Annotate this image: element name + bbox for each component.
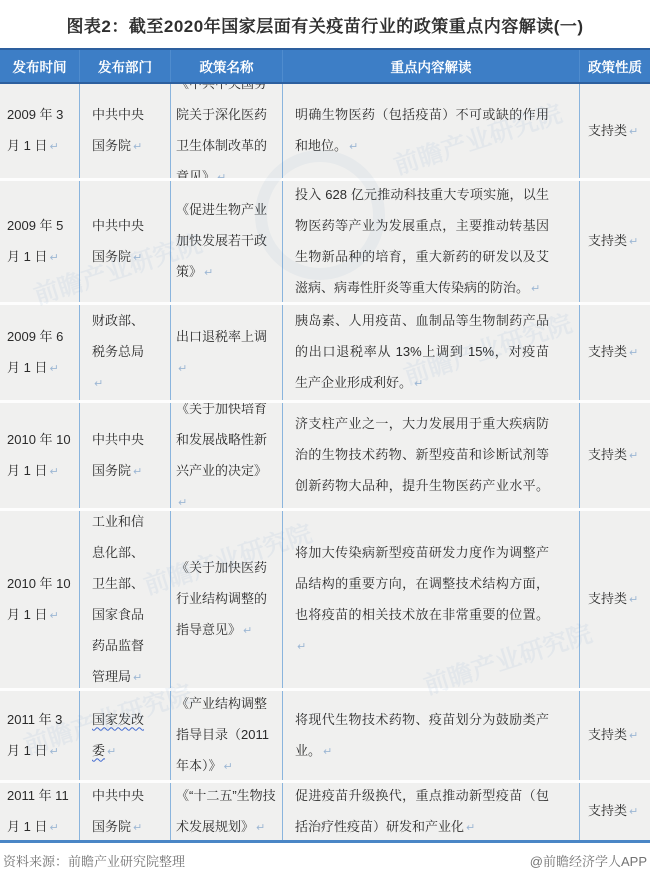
key-content-text: 将生物产业列为七大新兴战略产业和国民经济支柱产业之一，大力发展用于重大疾病防治的… <box>295 403 549 493</box>
policy-name-text: 出口退税率上调 <box>176 329 267 344</box>
cell-key-content: 将现代生物技术药物、疫苗划分为鼓励类产业。↵ <box>283 691 580 780</box>
cell-policy-nature: 支持类↵ <box>580 783 650 840</box>
cell-department: 中共中央国务院↵ <box>80 181 171 302</box>
pilcrow-mark: ↵ <box>217 172 226 178</box>
cell-policy-nature: 支持类↵ <box>580 691 650 780</box>
table-row: 2011 年 11 月 1 日↵ 中共中央国务院↵ 《“十二五”生物技术发展规划… <box>0 780 650 840</box>
column-header-key-content: 重点内容解读 <box>283 50 580 82</box>
policy-nature-text: 支持类 <box>588 344 627 359</box>
pilcrow-mark: ↵ <box>531 283 540 295</box>
cell-department: 中共中央国务院↵ <box>80 84 171 178</box>
policy-name-text: 《促进生物产业加快发展若干政策》 <box>176 202 267 279</box>
cell-policy-name: 《关于加快医药行业结构调整的指导意见》↵ <box>171 511 283 688</box>
pilcrow-mark: ↵ <box>297 641 306 653</box>
pilcrow-mark: ↵ <box>629 806 638 818</box>
policy-name-text: 《关于加快培育和发展战略性新兴产业的决定》 <box>176 403 267 478</box>
pilcrow-mark: ↵ <box>466 822 475 834</box>
table-row: 2009 年 6 月 1 日↵ 财政部、税务总局↵ 出口退税率上调↵ 胰岛素、人… <box>0 302 650 400</box>
key-content-text: 将加大传染病新型疫苗研发力度作为调整产品结构的重要方向，在调整技术结构方面，也将… <box>295 545 549 622</box>
column-header-policy-name: 政策名称 <box>171 50 283 82</box>
cell-policy-name: 《促进生物产业加快发展若干政策》↵ <box>171 181 283 302</box>
pilcrow-mark: ↵ <box>629 236 638 248</box>
cell-department: 工业和信息化部、卫生部、国家食品药品监督管理局↵ <box>80 511 171 688</box>
table-header-row: 发布时间 发布部门 政策名称 重点内容解读 政策性质 <box>0 48 650 84</box>
cell-department: 国家发改委↵ <box>80 691 171 780</box>
cell-publish-date: 2009 年 5 月 1 日↵ <box>0 181 80 302</box>
pilcrow-mark: ↵ <box>204 267 213 279</box>
pilcrow-mark: ↵ <box>629 730 638 742</box>
policy-nature-text: 支持类 <box>588 727 627 742</box>
policy-nature-text: 支持类 <box>588 123 627 138</box>
column-header-department: 发布部门 <box>80 50 171 82</box>
department-text: 财政部、税务总局 <box>92 313 144 359</box>
policy-name-text: 《关于加快医药行业结构调整的指导意见》 <box>176 560 267 637</box>
department-text: 国家发改委 <box>92 712 144 758</box>
table-row: 2009 年 3 月 1 日↵ 中共中央国务院↵ 《中共中央国务院关于深化医药卫… <box>0 84 650 178</box>
cell-publish-date: 2010 年 10 月 1 日↵ <box>0 511 80 688</box>
table-row: 2009 年 5 月 1 日↵ 中共中央国务院↵ 《促进生物产业加快发展若干政策… <box>0 178 650 302</box>
footer: 资料来源：前瞻产业研究院整理 @前瞻经济学人APP <box>0 843 650 870</box>
date-text: 2010 年 10 月 1 日 <box>7 432 71 478</box>
cell-department: 中共中央国务院↵ <box>80 783 171 840</box>
cell-key-content: 胰岛素、人用疫苗、血制品等生物制药产品的出口退税率从 13%上调到 15%，对疫… <box>283 305 580 400</box>
policy-nature-text: 支持类 <box>588 591 627 606</box>
pilcrow-mark: ↵ <box>49 141 58 153</box>
pilcrow-mark: ↵ <box>133 252 142 264</box>
policy-nature-text: 支持类 <box>588 447 627 462</box>
key-content-text: 将现代生物技术药物、疫苗划分为鼓励类产业。 <box>295 712 549 758</box>
key-content-text: 促进疫苗升级换代，重点推动新型疫苗（包括治疗性疫苗）研发和产业化 <box>295 788 549 834</box>
cell-publish-date: 2009 年 3 月 1 日↵ <box>0 84 80 178</box>
pilcrow-mark: ↵ <box>629 594 638 606</box>
pilcrow-mark: ↵ <box>49 466 58 478</box>
pilcrow-mark: ↵ <box>49 822 58 834</box>
app-credit: @前瞻经济学人APP <box>530 851 647 870</box>
title-bar: 图表2：截至2020年国家层面有关疫苗行业的政策重点内容解读(一) <box>0 0 650 48</box>
pilcrow-mark: ↵ <box>629 450 638 462</box>
pilcrow-mark: ↵ <box>133 466 142 478</box>
department-text: 工业和信息化部、卫生部、国家食品药品监督管理局 <box>92 514 144 684</box>
cell-policy-nature: 支持类↵ <box>580 511 650 688</box>
cell-policy-name: 《“十二五”生物技术发展规划》↵ <box>171 783 283 840</box>
cell-key-content: 投入 628 亿元推动科技重大专项实施，以生物医药等产业为发展重点，主要推动转基… <box>283 181 580 302</box>
cell-policy-nature: 支持类↵ <box>580 181 650 302</box>
cell-policy-name: 《产业结构调整指导目录（2011 年本）》↵ <box>171 691 283 780</box>
policy-nature-text: 支持类 <box>588 803 627 818</box>
cell-publish-date: 2011 年 3 月 1 日↵ <box>0 691 80 780</box>
figure-page: 前瞻产业研究院 前瞻产业研究院 前瞻产业研究院 前瞻产业研究院 前瞻产业研究院 … <box>0 0 650 876</box>
cell-key-content: 明确生物医药（包括疫苗）不可或缺的作用和地位。↵ <box>283 84 580 178</box>
cell-policy-name: 《关于加快培育和发展战略性新兴产业的决定》↵ <box>171 403 283 508</box>
pilcrow-mark: ↵ <box>133 141 142 153</box>
column-header-policy-nature: 政策性质 <box>580 50 650 82</box>
table-row: 2010 年 10 月 1 日↵ 中共中央国务院↵ 《关于加快培育和发展战略性新… <box>0 400 650 508</box>
key-content-text: 明确生物医药（包括疫苗）不可或缺的作用和地位。 <box>295 107 549 153</box>
pilcrow-mark: ↵ <box>94 378 103 390</box>
pilcrow-mark: ↵ <box>178 497 187 509</box>
pilcrow-mark: ↵ <box>629 126 638 138</box>
pilcrow-mark: ↵ <box>49 610 58 622</box>
policy-name-text: 《产业结构调整指导目录（2011 年本）》 <box>176 696 269 773</box>
table-row: 2010 年 10 月 1 日↵ 工业和信息化部、卫生部、国家食品药品监督管理局… <box>0 508 650 688</box>
date-text: 2011 年 11 月 1 日 <box>7 788 69 834</box>
cell-key-content: 将加大传染病新型疫苗研发力度作为调整产品结构的重要方向，在调整技术结构方面，也将… <box>283 511 580 688</box>
key-content-text: 投入 628 亿元推动科技重大专项实施，以生物医药等产业为发展重点，主要推动转基… <box>295 187 549 295</box>
table-row: 2011 年 3 月 1 日↵ 国家发改委↵ 《产业结构调整指导目录（2011 … <box>0 688 650 780</box>
column-header-publish-date: 发布时间 <box>0 50 80 82</box>
pilcrow-mark: ↵ <box>323 746 332 758</box>
cell-policy-nature: 支持类↵ <box>580 403 650 508</box>
cell-publish-date: 2011 年 11 月 1 日↵ <box>0 783 80 840</box>
pilcrow-mark: ↵ <box>414 378 423 390</box>
pilcrow-mark: ↵ <box>107 746 116 758</box>
cell-policy-name: 出口退税率上调↵ <box>171 305 283 400</box>
page-title: 图表2：截至2020年国家层面有关疫苗行业的政策重点内容解读(一) <box>66 12 583 37</box>
pilcrow-mark: ↵ <box>256 822 265 834</box>
table-body: 2009 年 3 月 1 日↵ 中共中央国务院↵ 《中共中央国务院关于深化医药卫… <box>0 84 650 843</box>
policy-name-text: 《中共中央国务院关于深化医药卫生体制改革的意见》 <box>176 84 267 178</box>
cell-policy-nature: 支持类↵ <box>580 305 650 400</box>
cell-publish-date: 2009 年 6 月 1 日↵ <box>0 305 80 400</box>
cell-key-content: 将生物产业列为七大新兴战略产业和国民经济支柱产业之一，大力发展用于重大疾病防治的… <box>283 403 580 508</box>
pilcrow-mark: ↵ <box>178 363 187 375</box>
pilcrow-mark: ↵ <box>49 746 58 758</box>
cell-publish-date: 2010 年 10 月 1 日↵ <box>0 403 80 508</box>
cell-policy-name: 《中共中央国务院关于深化医药卫生体制改革的意见》↵ <box>171 84 283 178</box>
pilcrow-mark: ↵ <box>629 347 638 359</box>
source-note: 资料来源：前瞻产业研究院整理 <box>3 851 185 870</box>
cell-department: 财政部、税务总局↵ <box>80 305 171 400</box>
date-text: 2010 年 10 月 1 日 <box>7 576 71 622</box>
pilcrow-mark: ↵ <box>133 672 142 684</box>
pilcrow-mark: ↵ <box>349 141 358 153</box>
policy-nature-text: 支持类 <box>588 233 627 248</box>
cell-policy-nature: 支持类↵ <box>580 84 650 178</box>
pilcrow-mark: ↵ <box>49 252 58 264</box>
pilcrow-mark: ↵ <box>224 761 233 773</box>
cell-key-content: 促进疫苗升级换代，重点推动新型疫苗（包括治疗性疫苗）研发和产业化↵ <box>283 783 580 840</box>
pilcrow-mark: ↵ <box>133 822 142 834</box>
pilcrow-mark: ↵ <box>243 625 252 637</box>
cell-department: 中共中央国务院↵ <box>80 403 171 508</box>
pilcrow-mark: ↵ <box>49 363 58 375</box>
